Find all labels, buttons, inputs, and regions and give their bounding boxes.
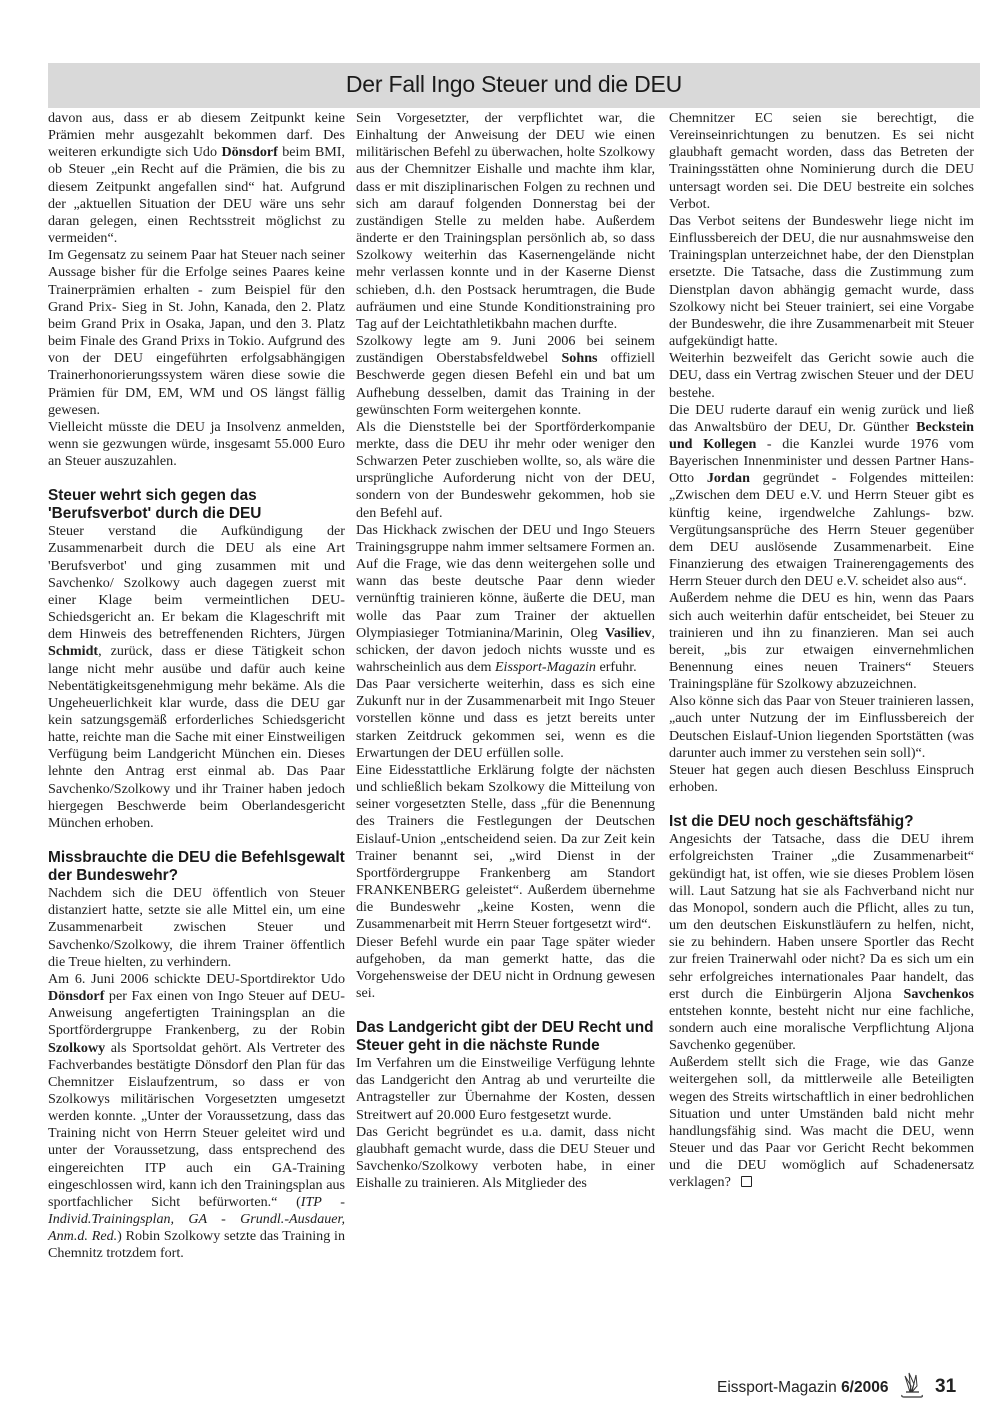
page-number: 31 (935, 1376, 956, 1398)
bold-name: Dönsdorf (221, 144, 277, 160)
footer-magazine: Eissport-Magazin 6/2006 (717, 1379, 888, 1397)
text-column-1: davon aus, dass er ab diesem Zeitpunkt k… (48, 110, 345, 1263)
text-run: Im Verfahren um die Einstweilige Verfügu… (356, 1055, 655, 1122)
text-run: Außerdem nehme die DEU es hin, wenn das … (669, 590, 974, 692)
paragraph: Außerdem stellt sich die Frage, wie das … (669, 1054, 974, 1191)
section-heading: Missbrauchte die DEU die Befehlsgewalt d… (48, 849, 345, 885)
text-run: Im Gegensatz zu seinem Paar hat Steuer n… (48, 247, 345, 417)
paragraph: Eine Eidesstattliche Erklärung folgte de… (356, 762, 655, 934)
bold-name: Szolkowy (48, 1040, 105, 1056)
article-title: Der Fall Ingo Steuer und die DEU (48, 71, 980, 98)
text-run: entstehen konnte, besteht nicht nur eine… (669, 1003, 974, 1053)
paragraph: Chemnitzer EC seien sie berechtigt, die … (669, 110, 974, 213)
text-run: als Sportsoldat gehört. Als Vertreter de… (48, 1040, 345, 1210)
text-run: Steuer verstand die Aufkündigung der Zus… (48, 523, 345, 642)
text-run: Steuer hat gegen auch diesen Beschluss E… (669, 762, 974, 795)
bold-name: Dönsdorf (48, 988, 104, 1004)
paragraph: Im Verfahren um die Einstweilige Verfügu… (356, 1055, 655, 1124)
paragraph: Szolkowy legte am 9. Juni 2006 bei seine… (356, 333, 655, 419)
text-column-2: Sein Vorgesetzter, der verpflichtet war,… (356, 110, 655, 1192)
bold-name: Schmidt (48, 643, 98, 659)
page-footer: Eissport-Magazin 6/2006 31 (0, 1376, 1000, 1400)
section-heading: Steuer wehrt sich gegen das 'Berufsverbo… (48, 487, 345, 523)
text-run: Eine Eidesstattliche Erklärung folgte de… (356, 762, 655, 932)
section-heading: Ist die DEU noch geschäftsfähig? (669, 813, 974, 831)
paragraph: Das Gericht begründet es u.a. damit, das… (356, 1124, 655, 1193)
paragraph: Weiterhin bezweifelt das Gericht sowie a… (669, 350, 974, 401)
paragraph: davon aus, dass er ab diesem Zeitpunkt k… (48, 110, 345, 247)
skate-logo-icon (896, 1370, 926, 1400)
paragraph: Die DEU ruderte darauf ein wenig zurück … (669, 402, 974, 591)
paragraph: Dieser Befehl wurde ein paar Tage später… (356, 934, 655, 1003)
bold-name: Jordan (707, 470, 750, 486)
text-run: Chemnitzer EC seien sie berechtigt, die … (669, 110, 974, 212)
text-run: Als die Dienststelle bei der Sportförder… (356, 419, 655, 521)
paragraph: Am 6. Juni 2006 schickte DEU-Sportdirekt… (48, 971, 345, 1263)
paragraph: Das Hickhack zwischen der DEU und Ingo S… (356, 522, 655, 676)
bold-name: Sohns (561, 350, 597, 366)
paragraph: Angesichts der Tatsache, dass die DEU ih… (669, 831, 974, 1054)
text-run: Nachdem sich die DEU öffentlich von Steu… (48, 885, 345, 970)
text-run: Sein Vorgesetzter, der verpflichtet war,… (356, 110, 655, 332)
text-run: , zurück, dass er diese Tätigkeit schon … (48, 643, 345, 831)
text-run: Angesichts der Tatsache, dass die DEU ih… (669, 831, 974, 1001)
text-run: Also könne sich das Paar von Steuer trai… (669, 693, 974, 760)
paragraph: Außerdem nehme die DEU es hin, wenn das … (669, 590, 974, 693)
text-run: gegründet - Folgendes mitteilen: „Zwisch… (669, 470, 974, 589)
paragraph: Im Gegensatz zu seinem Paar hat Steuer n… (48, 247, 345, 419)
text-run: Weiterhin bezweifelt das Gericht sowie a… (669, 350, 974, 400)
italic-text: Eissport-Magazin (495, 659, 596, 675)
paragraph: Also könne sich das Paar von Steuer trai… (669, 693, 974, 762)
text-run: Am 6. Juni 2006 schickte DEU-Sportdirekt… (48, 971, 345, 987)
text-run: Außerdem stellt sich die Frage, wie das … (669, 1054, 974, 1190)
paragraph: Steuer hat gegen auch diesen Beschluss E… (669, 762, 974, 796)
magazine-name: Eissport-Magazin (717, 1379, 837, 1396)
paragraph: Vielleicht müsste die DEU ja Insolvenz a… (48, 419, 345, 470)
text-run: Das Paar versicherte weiterhin, dass es … (356, 676, 655, 761)
section-heading: Das Landgericht gibt der DEU Recht und S… (356, 1019, 655, 1055)
text-run: Das Gericht begründet es u.a. damit, das… (356, 1124, 655, 1191)
text-run: Das Verbot seitens der Bundeswehr liege … (669, 213, 974, 349)
paragraph: Das Verbot seitens der Bundeswehr liege … (669, 213, 974, 350)
text-run: Dieser Befehl wurde ein paar Tage später… (356, 934, 655, 1001)
text-column-3: Chemnitzer EC seien sie berechtigt, die … (669, 110, 974, 1192)
paragraph: Das Paar versicherte weiterhin, dass es … (356, 676, 655, 762)
article-header-band: Der Fall Ingo Steuer und die DEU (48, 63, 980, 108)
article-end-square-icon (741, 1176, 752, 1187)
bold-name: Vasiliev (605, 625, 651, 641)
text-run: erfuhr. (596, 659, 637, 675)
text-run: Das Hickhack zwischen der DEU und Ingo S… (356, 522, 655, 641)
paragraph: Sein Vorgesetzter, der verpflichtet war,… (356, 110, 655, 333)
bold-name: Savchenkos (904, 986, 975, 1002)
issue-number: 6/2006 (841, 1379, 888, 1396)
text-run: Vielleicht müsste die DEU ja Insolvenz a… (48, 419, 345, 469)
paragraph: Steuer verstand die Aufkündigung der Zus… (48, 523, 345, 832)
paragraph: Als die Dienststelle bei der Sportförder… (356, 419, 655, 522)
paragraph: Nachdem sich die DEU öffentlich von Steu… (48, 885, 345, 971)
